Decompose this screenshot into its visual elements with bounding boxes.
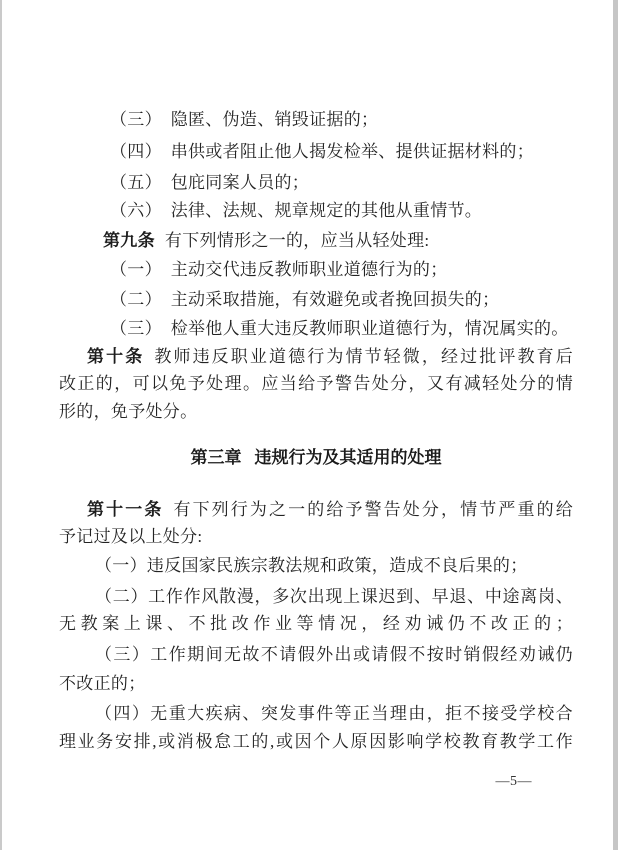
- list-item: （三）工作期间无故不请假外出或请假不按时销假经劝诫仍: [59, 643, 573, 667]
- article-text: 有下列行为之一的给予警告处分，情节严重的给: [173, 500, 573, 519]
- list-item: （一） 主动交代违反教师职业道德行为的；: [59, 258, 573, 282]
- list-item: （五） 包庇同案人员的；: [59, 171, 573, 195]
- article-line: 第十条教师违反职业道德行为情节轻微，经过批评教育后: [59, 345, 573, 369]
- list-item: （一）违反国家民族宗教法规和政策，造成不良后果的；: [59, 554, 573, 578]
- chapter-heading: 第三章违规行为及其适用的处理: [59, 445, 573, 471]
- article-number: 第十一条: [87, 500, 163, 519]
- chapter-title: 违规行为及其适用的处理: [255, 448, 442, 467]
- paragraph-line: 不改正的；: [59, 672, 573, 696]
- page-number: —5—: [59, 772, 532, 792]
- document-page: （三） 隐匿、伪造、销毁证据的； （四） 串供或者阻止他人揭发检举、提供证据材料…: [0, 0, 618, 850]
- article-line: 第十一条有下列行为之一的给予警告处分，情节严重的给: [59, 498, 573, 522]
- paragraph-line: 形的，免予处分。: [59, 400, 573, 424]
- article-number: 第九条: [103, 231, 155, 250]
- list-item: （三） 隐匿、伪造、销毁证据的；: [59, 108, 573, 132]
- list-item: （三） 检举他人重大违反教师职业道德行为，情况属实的。: [59, 317, 573, 341]
- list-item: （二）工作作风散漫，多次出现上课迟到、早退、中途离岗、: [59, 585, 573, 609]
- scan-right-edge: [613, 0, 618, 850]
- article-text: 教师违反职业道德行为情节轻微，经过批评教育后: [154, 347, 573, 366]
- list-item: （二） 主动采取措施，有效避免或者挽回损失的；: [59, 288, 573, 312]
- chapter-number: 第三章: [191, 448, 242, 467]
- list-item: （六） 法律、法规、规章规定的其他从重情节。: [59, 199, 573, 223]
- article-text: 有下列情形之一的，应当从轻处理:: [165, 231, 430, 250]
- paragraph-line: 理业务安排,或消极怠工的,或因个人原因影响学校教育教学工作: [59, 730, 573, 754]
- list-item: （四）无重大疾病、突发事件等正当理由，拒不接受学校合: [59, 702, 573, 726]
- paragraph-line: 改正的，可以免予处理。应当给予警告处分，又有减轻处分的情: [59, 372, 573, 396]
- paragraph-line: 无教案上课、不批改作业等情况，经劝诫仍不改正的；: [59, 612, 573, 636]
- article-line: 第九条有下列情形之一的，应当从轻处理:: [59, 229, 573, 253]
- paragraph-line: 予记过及以上处分:: [59, 525, 573, 549]
- article-number: 第十条: [87, 347, 144, 366]
- scan-left-edge: [0, 0, 2, 850]
- list-item: （四） 串供或者阻止他人揭发检举、提供证据材料的；: [59, 140, 573, 164]
